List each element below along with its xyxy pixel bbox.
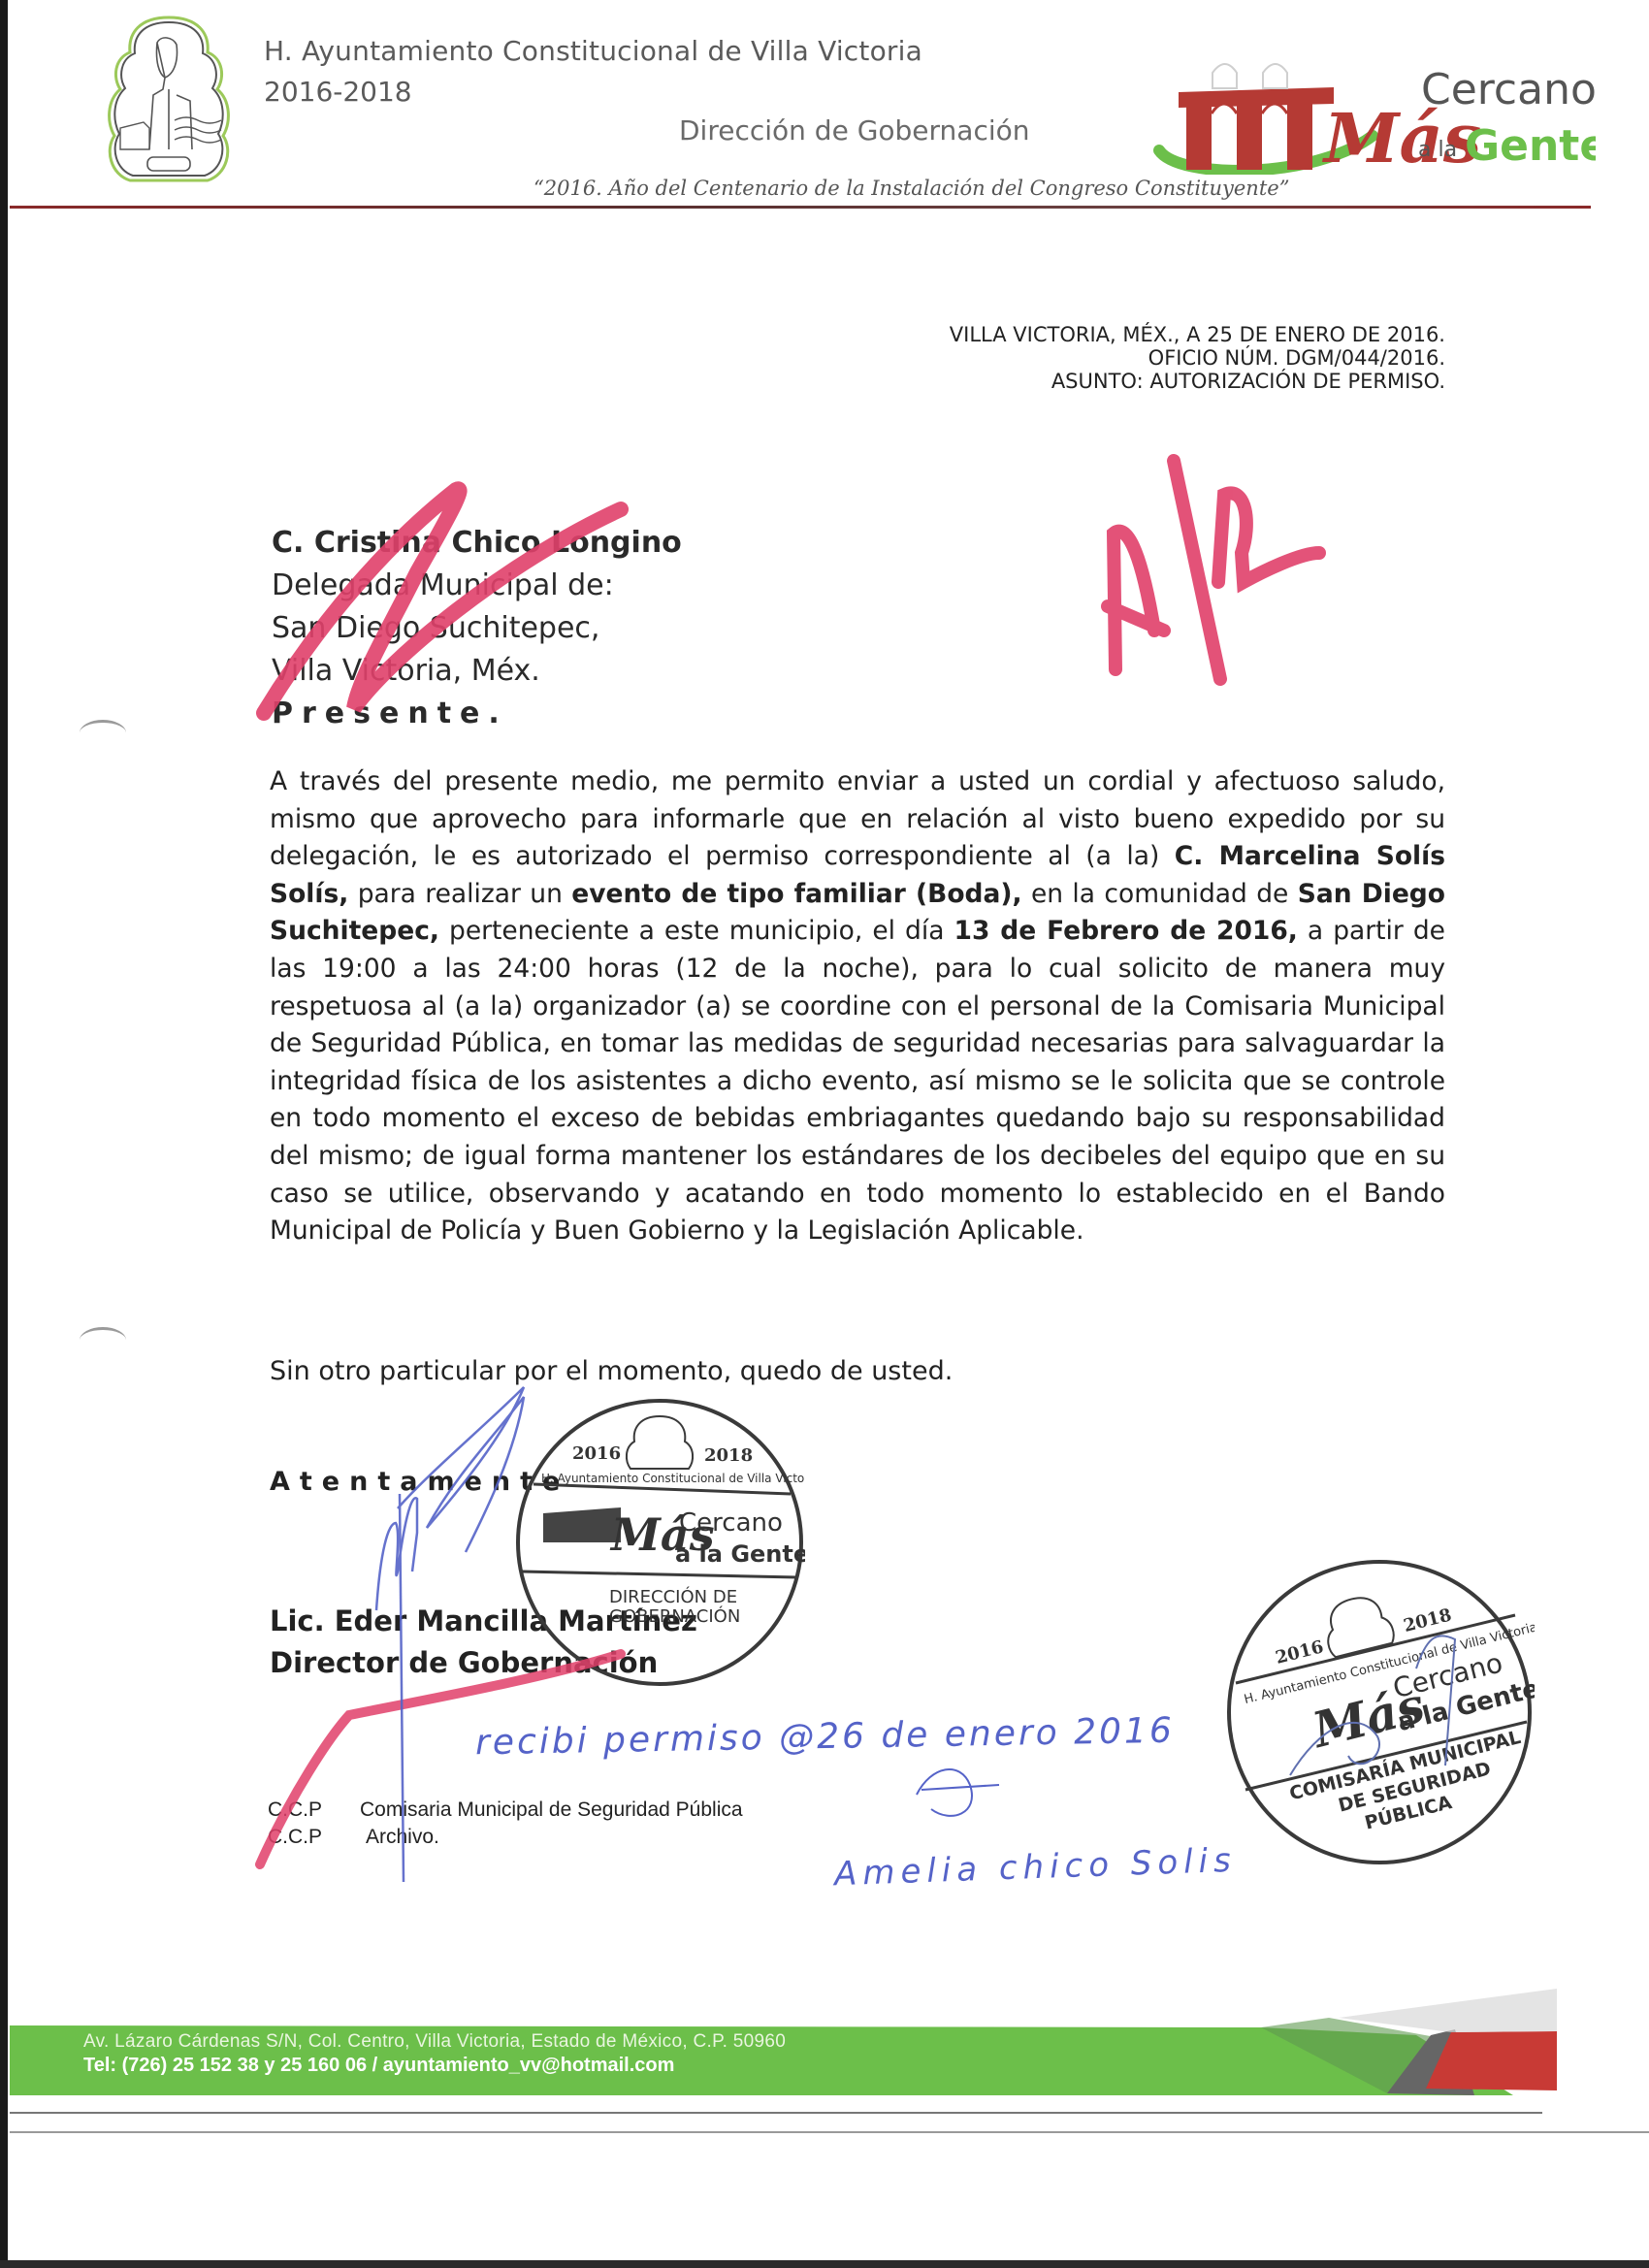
scan-left-border [0, 0, 8, 2268]
addressee-municipality: Villa Victoria, Méx. [272, 650, 682, 693]
mas-cercano-brand-logo: Más Cercano a la Gente [1140, 34, 1596, 175]
body-text: perteneciente a este municipio, el día [439, 916, 954, 946]
svg-text:a la: a la [1418, 138, 1457, 162]
addressee-name: C. Cristina Chico Longino [272, 522, 682, 565]
document-meta: VILLA VICTORIA, MÉX., A 25 DE ENERO DE 2… [950, 323, 1445, 393]
event-date: 13 de Febrero de 2016, [954, 916, 1298, 946]
official-stamp-comisaria: 2016 2018 H. Ayuntamiento Constitucional… [1224, 1557, 1535, 1867]
place-date: VILLA VICTORIA, MÉX., A 25 DE ENERO DE 2… [950, 323, 1445, 346]
department-name: Dirección de Gobernación [679, 114, 1030, 146]
scan-bottom-border [0, 2260, 1649, 2268]
greeting: Presente. [272, 693, 682, 735]
svg-text:H. Ayuntamiento Constitucional: H. Ayuntamiento Constitucional de Villa … [541, 1472, 805, 1485]
body-text: a partir de las 19:00 a las 24:00 horas … [270, 916, 1445, 1246]
svg-text:Cercano: Cercano [679, 1508, 783, 1538]
svg-text:2018: 2018 [704, 1445, 753, 1466]
event-type: evento de tipo familiar (Boda), [571, 879, 1021, 909]
svg-text:Gente: Gente [1465, 121, 1596, 171]
municipal-crest-logo [101, 14, 237, 186]
blue-initials [917, 1769, 999, 1816]
body-text: para realizar un [348, 879, 571, 909]
footer-address: Av. Lázaro Cárdenas S/N, Col. Centro, Vi… [83, 2031, 786, 2053]
organization-name: H. Ayuntamiento Constitucional de Villa … [264, 35, 922, 67]
svg-text:Cercano: Cercano [1421, 65, 1596, 114]
addressee-locality: San Diego Suchitepec, [272, 607, 682, 650]
svg-text:DIRECCIÓN DE: DIRECCIÓN DE [609, 1586, 737, 1607]
svg-text:2016: 2016 [572, 1443, 621, 1464]
body-text: en la comunidad de [1022, 879, 1298, 909]
header-motto: “2016. Año del Centenario de la Instalac… [533, 177, 1289, 200]
closing-line: Sin otro particular por el momento, qued… [270, 1356, 953, 1386]
subject: ASUNTO: AUTORIZACIÓN DE PERMISO. [950, 370, 1445, 393]
cc-recipient: Comisaria Municipal de Seguridad Pública [360, 1798, 743, 1821]
received-note-handwritten: recibi permiso @26 de enero 2016 [475, 1711, 1175, 1764]
receiver-name-handwritten: Amelia chico Solis [833, 1841, 1237, 1894]
header-divider [10, 206, 1591, 209]
punch-hole-mark [80, 720, 126, 746]
cc-recipient: Archivo. [360, 1826, 439, 1848]
svg-text:a la Gente: a la Gente [675, 1540, 805, 1568]
addressee-block: C. Cristina Chico Longino Delegada Munic… [272, 522, 682, 735]
carbon-copy-list: C.C.PComisaria Municipal de Seguridad Pú… [268, 1797, 743, 1851]
cc-item: C.C.PComisaria Municipal de Seguridad Pú… [268, 1797, 743, 1824]
cc-label: C.C.P [268, 1797, 360, 1824]
footer-divider [10, 2112, 1542, 2114]
addressee-title: Delegada Municipal de: [272, 565, 682, 607]
red-ar-mark [1108, 461, 1319, 679]
administration-period: 2016-2018 [264, 76, 412, 108]
punch-hole-mark [80, 1327, 126, 1353]
footer-divider [10, 2131, 1649, 2133]
cc-item: C.C.PArchivo. [268, 1824, 743, 1851]
svg-text:GOBERNACIÓN: GOBERNACIÓN [609, 1605, 740, 1627]
cc-label: C.C.P [268, 1824, 360, 1851]
body-paragraph: A través del presente medio, me permito … [270, 763, 1445, 1250]
official-stamp-gobernacion: 2016 2018 H. Ayuntamiento Constitucional… [514, 1397, 805, 1688]
oficio-number: OFICIO NÚM. DGM/044/2016. [950, 346, 1445, 370]
footer-contact: Tel: (726) 25 152 38 y 25 160 06 / ayunt… [83, 2055, 674, 2077]
